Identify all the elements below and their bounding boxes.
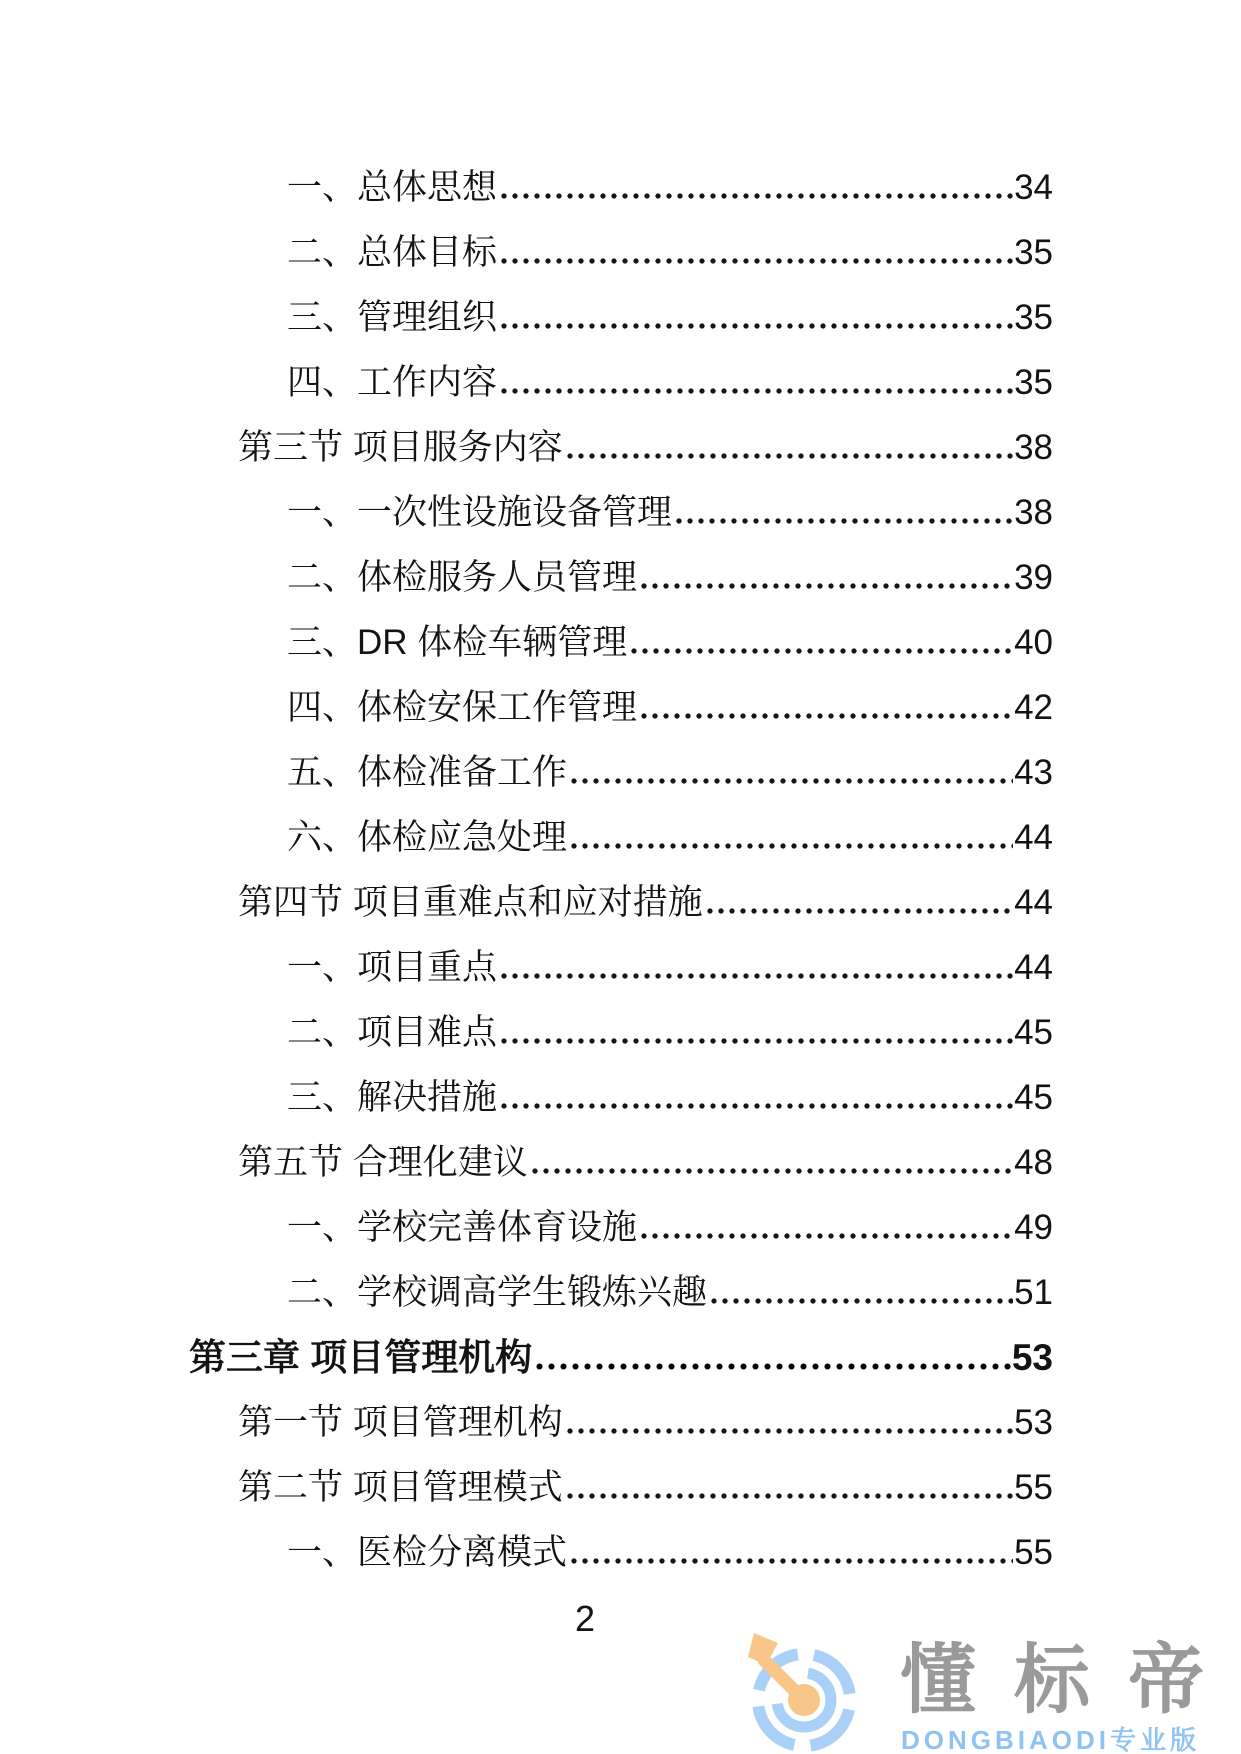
toc-dot-leader: [501, 1038, 1013, 1044]
toc-entry-page-number: 49: [1014, 1195, 1053, 1260]
toc-dot-leader: [536, 1363, 1011, 1370]
toc-entry[interactable]: 二、体检服务人员管理 39: [189, 545, 1053, 610]
toc-entry[interactable]: 五、体检准备工作 43: [189, 740, 1053, 805]
toc-entry-page-number: 53: [1012, 1325, 1053, 1390]
toc-entry-title: 第三章 项目管理机构: [189, 1325, 532, 1390]
toc-entry-title: 四、工作内容: [287, 350, 497, 415]
brand-name: 懂标帝: [900, 1643, 1241, 1719]
toc-entry[interactable]: 三、DR 体检车辆管理 40: [189, 610, 1053, 675]
toc-entry-title: 二、项目难点: [287, 1000, 497, 1065]
toc-entry-title: 六、体检应急处理: [287, 805, 567, 870]
toc-entry[interactable]: 三、解决措施 45: [189, 1065, 1053, 1130]
toc-dot-leader: [571, 843, 1013, 849]
toc-entry[interactable]: 一、一次性设施设备管理 38: [189, 480, 1053, 545]
toc-entry-page-number: 55: [1014, 1455, 1053, 1520]
toc-entry[interactable]: 第一节 项目管理机构 53: [189, 1390, 1053, 1455]
toc-entry-page-number: 38: [1014, 480, 1053, 545]
toc-entry-title: 第三节 项目服务内容: [238, 415, 563, 480]
toc-dot-leader: [501, 323, 1013, 329]
toc-entry-page-number: 44: [1014, 805, 1053, 870]
toc-entry-title: 一、学校完善体育设施: [287, 1195, 637, 1260]
toc-dot-leader: [641, 1233, 1013, 1239]
toc-dot-leader: [676, 518, 1013, 524]
toc-entry-title: 一、医检分离模式: [287, 1520, 567, 1585]
toc-dot-leader: [501, 1103, 1013, 1109]
toc-entry-page-number: 35: [1014, 350, 1053, 415]
toc-entry[interactable]: 第五节 合理化建议 48: [189, 1130, 1053, 1195]
toc-entry[interactable]: 二、学校调高学生锻炼兴趣 51: [189, 1260, 1053, 1325]
toc-entry[interactable]: 一、总体思想 34: [189, 155, 1053, 220]
toc-dot-leader: [567, 1493, 1013, 1499]
toc-dot-leader: [567, 1428, 1013, 1434]
toc-dot-leader: [641, 713, 1013, 719]
brand-tagline: DONGBIAODI专业版: [901, 1727, 1200, 1753]
toc-entry-page-number: 35: [1014, 285, 1053, 350]
toc-entry[interactable]: 第三章 项目管理机构 53: [189, 1325, 1053, 1390]
toc-dot-leader: [707, 908, 1013, 914]
toc-dot-leader: [571, 1558, 1013, 1564]
toc-entry-title: 三、管理组织: [287, 285, 497, 350]
watermark: 懂标帝 DONGBIAODI专业版: [748, 1633, 1223, 1754]
toc-entry-title: 一、总体思想: [287, 155, 497, 220]
toc-dot-leader: [571, 778, 1013, 784]
toc-entry-page-number: 38: [1014, 415, 1053, 480]
toc-dot-leader: [501, 388, 1013, 394]
toc-dot-leader: [631, 648, 1013, 654]
toc-entry-page-number: 45: [1014, 1000, 1053, 1065]
toc-entry[interactable]: 一、医检分离模式 55: [189, 1520, 1053, 1585]
toc-entry[interactable]: 四、体检安保工作管理 42: [189, 675, 1053, 740]
toc-entry-title: 一、一次性设施设备管理: [287, 480, 672, 545]
toc-entry[interactable]: 二、总体目标 35: [189, 220, 1053, 285]
toc-dot-leader: [641, 583, 1013, 589]
toc-entry-title: 三、DR 体检车辆管理: [287, 610, 627, 675]
toc-entry-page-number: 39: [1014, 545, 1053, 610]
toc-entry[interactable]: 四、工作内容 35: [189, 350, 1053, 415]
toc-entry[interactable]: 第三节 项目服务内容 38: [189, 415, 1053, 480]
toc-dot-leader: [532, 1168, 1013, 1174]
toc-entry-title: 二、体检服务人员管理: [287, 545, 637, 610]
toc-entry-title: 五、体检准备工作: [287, 740, 567, 805]
toc-entry-page-number: 34: [1014, 155, 1053, 220]
toc-entry-title: 第二节 项目管理模式: [238, 1455, 563, 1520]
toc-dot-leader: [501, 973, 1013, 979]
toc-dot-leader: [711, 1298, 1013, 1304]
toc-entry-title: 三、解决措施: [287, 1065, 497, 1130]
toc-entry-title: 四、体检安保工作管理: [287, 675, 637, 740]
toc-entry[interactable]: 第二节 项目管理模式 55: [189, 1455, 1053, 1520]
toc-entry[interactable]: 三、管理组织 35: [189, 285, 1053, 350]
target-dart-icon: [748, 1633, 860, 1754]
toc-entry-page-number: 43: [1014, 740, 1053, 805]
toc-entry-title: 二、总体目标: [287, 220, 497, 285]
toc-entry[interactable]: 一、项目重点 44: [189, 935, 1053, 1000]
toc-entry-title: 第五节 合理化建议: [238, 1130, 528, 1195]
toc-entry-page-number: 35: [1014, 220, 1053, 285]
toc-entry-page-number: 55: [1014, 1520, 1053, 1585]
toc-dot-leader: [567, 453, 1013, 459]
toc-entry-page-number: 53: [1014, 1390, 1053, 1455]
toc-entry[interactable]: 二、项目难点 45: [189, 1000, 1053, 1065]
toc-entry[interactable]: 一、学校完善体育设施 49: [189, 1195, 1053, 1260]
toc-entry-page-number: 51: [1014, 1260, 1053, 1325]
toc-list: 一、总体思想 34 二、总体目标 35 三、管理组织 35 四、工作内容 35 …: [189, 155, 1053, 1585]
toc-entry-title: 第一节 项目管理机构: [238, 1390, 563, 1455]
toc-entry-page-number: 44: [1014, 935, 1053, 1000]
toc-entry-page-number: 45: [1014, 1065, 1053, 1130]
toc-entry-title: 第四节 项目重难点和应对措施: [238, 870, 703, 935]
toc-entry-page-number: 44: [1014, 870, 1053, 935]
page-number-footer: 2: [525, 1597, 645, 1641]
toc-entry[interactable]: 第四节 项目重难点和应对措施 44: [189, 870, 1053, 935]
toc-entry-page-number: 40: [1014, 610, 1053, 675]
toc-entry-page-number: 42: [1014, 675, 1053, 740]
toc-entry-title: 二、学校调高学生锻炼兴趣: [287, 1260, 707, 1325]
toc-dot-leader: [501, 193, 1013, 199]
toc-entry-title: 一、项目重点: [287, 935, 497, 1000]
toc-entry-page-number: 48: [1014, 1130, 1053, 1195]
toc-entry[interactable]: 六、体检应急处理 44: [189, 805, 1053, 870]
toc-dot-leader: [501, 258, 1013, 264]
